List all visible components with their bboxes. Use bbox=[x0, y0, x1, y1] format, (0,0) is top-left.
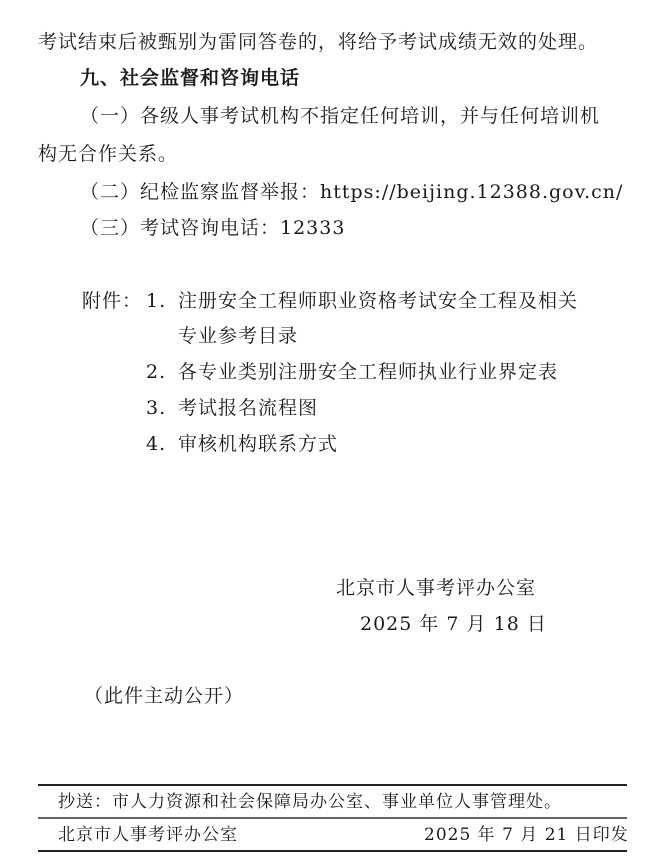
attachment-2-title: 各专业类别注册安全工程师执业行业界定表 bbox=[178, 360, 558, 384]
section-item-3-hotline: （三）考试咨询电话：12333 bbox=[80, 216, 345, 240]
attachment-3-number: 3. bbox=[146, 396, 166, 420]
attachment-4-title: 审核机构联系方式 bbox=[178, 432, 338, 456]
attachment-1-number: 1. bbox=[146, 289, 166, 313]
disclosure-note: （此件主动公开） bbox=[84, 684, 244, 708]
section-item-1-line2: 构无合作关系。 bbox=[38, 142, 178, 166]
signature-date: 2025 年 7 月 18 日 bbox=[360, 612, 547, 636]
attachment-3-title: 考试报名流程图 bbox=[178, 396, 318, 420]
issuer: 北京市人事考评办公室 bbox=[58, 824, 238, 846]
lead-sentence: 考试结束后被甄别为雷同答卷的，将给予考试成绩无效的处理。 bbox=[38, 30, 598, 54]
footer-rule-middle bbox=[38, 817, 627, 819]
section-item-2-report-link: （二）纪检监察监督举报：https://beijing.12388.gov.cn… bbox=[80, 180, 623, 204]
attachment-1-title: 注册安全工程师职业资格考试安全工程及相关 bbox=[178, 289, 578, 313]
section-heading: 九、社会监督和咨询电话 bbox=[80, 66, 300, 90]
cc-recipients: 抄送：市人力资源和社会保障局办公室、事业单位人事管理处。 bbox=[58, 791, 562, 813]
print-date: 2025 年 7 月 21 日印发 bbox=[424, 824, 629, 846]
section-item-1-line1: （一）各级人事考试机构不指定任何培训，并与任何培训机 bbox=[80, 104, 600, 128]
footer-rule-top bbox=[38, 784, 627, 786]
attachment-1-title-cont: 专业参考目录 bbox=[178, 324, 298, 348]
attachments-label: 附件： bbox=[82, 289, 142, 313]
signature-organization: 北京市人事考评办公室 bbox=[336, 576, 536, 600]
attachment-4-number: 4. bbox=[146, 432, 166, 456]
attachment-2-number: 2. bbox=[146, 360, 166, 384]
footer-rule-bottom bbox=[38, 850, 627, 852]
